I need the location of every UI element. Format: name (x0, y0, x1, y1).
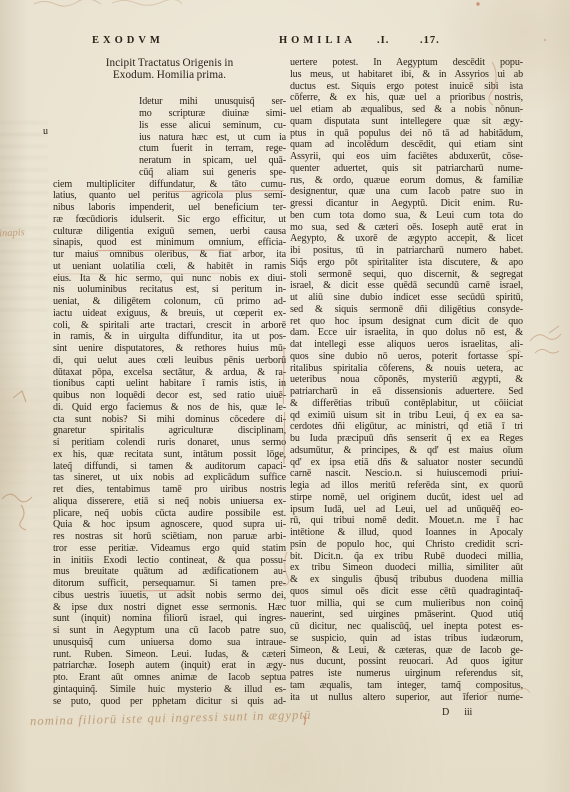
text-line: in ramis, & in uirgulta diffunditur, ita… (53, 331, 286, 343)
text-line: gnaretur spiritalis agriculturæ discipli… (53, 425, 286, 437)
text-line: tur maius omnibus oleribus, & fiat arbor… (53, 249, 286, 261)
text-line: ita ut nullus altero superior, aut īferi… (290, 692, 523, 704)
text-line: tuor millia, qui se cum mulieribus non c… (290, 598, 523, 610)
text-line: quos simul oēs dicit esse cētū quadragin… (290, 586, 523, 598)
text-line: se suspicio, quin ad istas tribus iudæor… (290, 633, 523, 645)
text-line: patriarcharū in eā dissensionis aduerter… (290, 386, 523, 398)
text-line: ctum fuerit in terram, rege- (139, 143, 286, 155)
text-line: cōferre, & ex his, quæ uel a prioribus n… (290, 92, 523, 104)
text-line: adsumūtur, & principes, & qd' est maius … (290, 445, 523, 457)
text-line: runt. Ruben. Simeon. Leui. Iudas, & cæte… (53, 649, 286, 661)
text-line: lateq̃ diffundi, si tamen & auditorum ca… (53, 461, 286, 473)
signature-letter: D (442, 707, 449, 719)
text-line: & ipse dux nostri dignet esse sermonis. … (53, 602, 286, 614)
initial-indented-block: Idetur mihi unusquisq̃ ser-mo scripturæ … (53, 96, 286, 178)
text-line: coli, & spiritali arte tractari, crescit… (53, 320, 286, 332)
signature-numeral: iii (464, 707, 472, 719)
text-line: tionibus capti uelint habitare ī ramis i… (53, 378, 286, 390)
text-line: cūq̃ aliam sui generis spe- (139, 167, 286, 179)
text-line: cibus uestris iuuetis, ut adsit nobis se… (53, 590, 286, 602)
text-line: Assyrii, qui eos uim faciētes abduxerūt,… (290, 151, 523, 163)
text-line: cū dicitur, nec qualiscūq̃, uel inepta p… (290, 621, 523, 633)
text-line: dam. Ecce uir israelita, in quo dolus nō… (290, 327, 523, 339)
incipit-line: Incipit Tractatus Origenis in (53, 57, 286, 69)
text-line: ditorum sufficit, persequamur. Si tamen … (53, 578, 286, 590)
text-line: patriarchæ. Ioseph autem (inquit) erat i… (53, 660, 286, 672)
text-line: di. Quid ergo faciemus & nos de his, quæ… (53, 402, 286, 414)
margin-handwritten-word: sinapis (0, 227, 25, 240)
text-line: gintaquinq̃. Simile huic mysterio & illu… (53, 684, 286, 696)
verso-showthrough (0, 330, 48, 660)
text-line: ex tribu Simeon duodeci millia, similite… (290, 562, 523, 574)
text-line: culturæ diligentia exiguū semen, uerbi c… (53, 226, 286, 238)
text-line: ret quo hoc ipsum designat cum dicit de … (290, 316, 523, 328)
text-column-right: uertere potest. In Aegyptum descēdit pop… (290, 57, 523, 719)
text-line: tam æqualis, tam integer, tamq̃ composit… (290, 680, 523, 692)
text-line: gressi dicantur in Aegyptū. Dicit enim. … (290, 198, 523, 210)
text-line: ibi positus, tū in patriarcharū numero h… (290, 245, 523, 257)
text-line: quenter aduertet, quis sit patriarcharū … (290, 163, 523, 175)
incipit-line: Exodum. Homilia prima. (53, 69, 286, 81)
quire-signature: D iii (290, 707, 523, 719)
text-line: cerdotes dñi eligūtur, ac ministri, qd e… (290, 421, 523, 433)
text-line: ueniat, & diligētem colonum, cū primo ad… (53, 296, 286, 308)
text-line: patres iste numerus uirginum referendus … (290, 668, 523, 680)
bottom-handwritten-note: nomina filiorū iste qui ingressi sunt in… (30, 708, 312, 729)
text-line: & differētias tribuū contēplabitur, ut c… (290, 398, 523, 410)
text-line: stirpe nomē, uel originem ducūt, idest u… (290, 492, 523, 504)
text-line: bit. Dicit.n. q̃a ex tribu Rubē duodeci … (290, 551, 523, 563)
page-number: .17. (420, 35, 440, 46)
text-line: Simeon, & Leui, & cæteras, quæ de Iacob … (290, 645, 523, 657)
body-text-left: ciem multipliciter diffundatur, & tāto c… (53, 179, 286, 708)
text-line: israel, & dicit esse quēdā secundū carnē… (290, 280, 523, 292)
text-line: intētione & illud, quod Ioannes in Apoca… (290, 527, 523, 539)
text-line: di, qui uelut aues cœli leuibus pēnis ue… (53, 355, 286, 367)
running-title-right: HOMILIA (279, 35, 356, 46)
text-line: lus meus, ut habitaret ibi, & in Assyrio… (290, 69, 523, 81)
text-line: ret dies, tentabimus tamē pro uiribus no… (53, 484, 286, 496)
text-line: mo scripturæ diuinæ simi- (139, 108, 286, 120)
text-line: quam disputata sunt intellegere quæ sit … (290, 116, 523, 128)
text-line: legia ad illos meritū referēda sint, ex … (290, 480, 523, 492)
text-line: & ex singulis q̃busq̃ tribubus duodena m… (290, 574, 523, 586)
text-line: cta sunt nobis? Si mihi dominus cōcedere… (53, 414, 286, 426)
text-line: si peritiam colendi ruris donaret, unus … (53, 437, 286, 449)
text-line: sinapis, quod est minimum omnium, effici… (53, 237, 286, 249)
text-line: res nostras sit horū sciētiam, non paruæ… (53, 531, 286, 543)
text-line: sed & siquis sermonē dñi diligētius cons… (290, 304, 523, 316)
running-title-left: EXODVM (92, 35, 164, 46)
text-line: sunt (inquit) nomina filiorū israel, qui… (53, 613, 286, 625)
text-line: se puto, quod per pphetam dicitur si qui… (53, 696, 286, 708)
text-line: pto. Erant aūt omnes animæ de Iacob sept… (53, 672, 286, 684)
text-line: ueteribus noua cōponēs, mysteriū ægypti,… (290, 374, 523, 386)
text-line: quibus non loquēdi decor est, sed ratio … (53, 390, 286, 402)
book-page: EXODVM HOMILIA .I. .17. u Incipit Tracta… (0, 0, 570, 792)
text-line: latius, quanto uel peritus agricola plus… (53, 190, 286, 202)
text-line: rū, qui tribui nomē dedit. Mouet.n. me ī… (290, 515, 523, 527)
text-line: ræ fœcūdioris idulserit. Sic ergo effici… (53, 214, 286, 226)
text-line: uel etiam ab æqualibus, sed & a nobis nō… (290, 104, 523, 116)
text-line: quam ad incolēdum descēdit, qui etiam si… (290, 139, 523, 151)
text-line: stoli sermonē sequi, quo discernit, & se… (290, 269, 523, 281)
text-line: ductus est. Siquis ergo potest inuicē si… (290, 81, 523, 93)
text-line: neratum in spicam, uel quā- (139, 155, 286, 167)
text-line: aliqua disserere, etiā si neq̃ nobis uni… (53, 496, 286, 508)
text-line: quos sine dubio nō ueros, poterit fortas… (290, 351, 523, 363)
text-line: designentur, quæ una cum Iacob patre suo… (290, 186, 523, 198)
text-line: Aegypto, & uxorē de ægypto accepit, & li… (290, 233, 523, 245)
text-line: ciem multipliciter diffundatur, & tāto c… (53, 179, 286, 191)
text-line: dūtaxat pōpa, excelsa sectātur, & ardua,… (53, 367, 286, 379)
text-line: nauerint, sed uirgines pmāserint. Quod u… (290, 609, 523, 621)
text-line: Quia & hoc ipsum agnoscere, quod supra u… (53, 519, 286, 531)
text-line: mo sua, sed & cæteri oēs. Ioseph autē er… (290, 222, 523, 234)
text-line: eius. Ita & hic sermo, qui nunc nobis ex… (53, 273, 286, 285)
text-line: si sunt in Aegyptum una cū Iacob patre s… (53, 625, 286, 637)
text-line: carnē nascit. Nescio.n. si huiuscemodi p… (290, 468, 523, 480)
text-line: ius natura hæc est, ut cum ia (139, 132, 286, 144)
text-line: ipsum Iudā, uel ad Leui, uel ad unūquēq̃… (290, 504, 523, 516)
text-line: nibus laboris impenderit, uel beneficium… (53, 202, 286, 214)
text-line: plicare, neq̃ uobis cūcta audire possibi… (53, 508, 286, 520)
text-line: lis esse alicui seminum, cu- (139, 120, 286, 132)
text-line: Idetur mihi unusquisq̃ ser- (139, 96, 286, 108)
text-line: qd eximiū uisum sit in tribu Leui, q̃ ex… (290, 410, 523, 422)
text-line: sint uenire disputatores, & rethores hui… (53, 343, 286, 355)
text-line: mus breuitate quātum ad ædificationem au… (53, 566, 286, 578)
text-line: iactu uideat exiguus, & breuis, ut cœper… (53, 308, 286, 320)
incipit-heading: Incipit Tractatus Origenis inExodum. Hom… (53, 57, 286, 81)
text-line: ptus in quā populus dei nō tā ad habitād… (290, 128, 523, 140)
text-line: ut aliū sine dubio indicet esse secūdū s… (290, 292, 523, 304)
initial-guide-letter: u (43, 126, 48, 137)
text-line: rus, & ordo, quæue eorum domus, & famili… (290, 175, 523, 187)
verso-showthrough (0, 122, 48, 312)
left-margin-ink-marks (2, 391, 32, 530)
homily-number: .I. (377, 35, 389, 46)
text-line: ritalibus spiritalia cōferens, & nouis u… (290, 363, 523, 375)
text-line: qd' ex ipsa etiā dñs & saluator noster s… (290, 457, 523, 469)
body-text-right: uertere potest. In Aegyptum descēdit pop… (290, 57, 523, 703)
text-line: ut ueniant uolatilia cœli, & habitēt in … (53, 261, 286, 273)
text-line: nis uoluminibus recitatus est, si peritu… (53, 284, 286, 296)
text-line: dat intellegi esse aliquos ueros israeli… (290, 339, 523, 351)
text-line: bu Iuda præcipuū dñs senserit q̃ ex ea R… (290, 433, 523, 445)
text-line: nus ducunt, possint reuocari. Ad quos ig… (290, 656, 523, 668)
text-column-left: Incipit Tractatus Origenis inExodum. Hom… (53, 57, 286, 707)
text-line: tas sineret, ut uix nobis ad explicādum … (53, 472, 286, 484)
text-line: unusquisq̃ cum uniuersa domo sua intraue… (53, 637, 286, 649)
text-line: in initiis Exodi lectio contineat, & qua… (53, 555, 286, 567)
text-line: tror esse peritiæ. Videamus ergo quid st… (53, 543, 286, 555)
text-line: ex his, quæ recitata sunt, intātum possi… (53, 449, 286, 461)
text-line: psin de populo hoc, qui Christo credidit… (290, 539, 523, 551)
text-line: uertere potest. In Aegyptum descēdit pop… (290, 57, 523, 69)
text-line: ben cum tota domo sua, & Leui cum tota d… (290, 210, 523, 222)
text-line: Siq̃s ergo pōt spiritaliter ista discute… (290, 257, 523, 269)
